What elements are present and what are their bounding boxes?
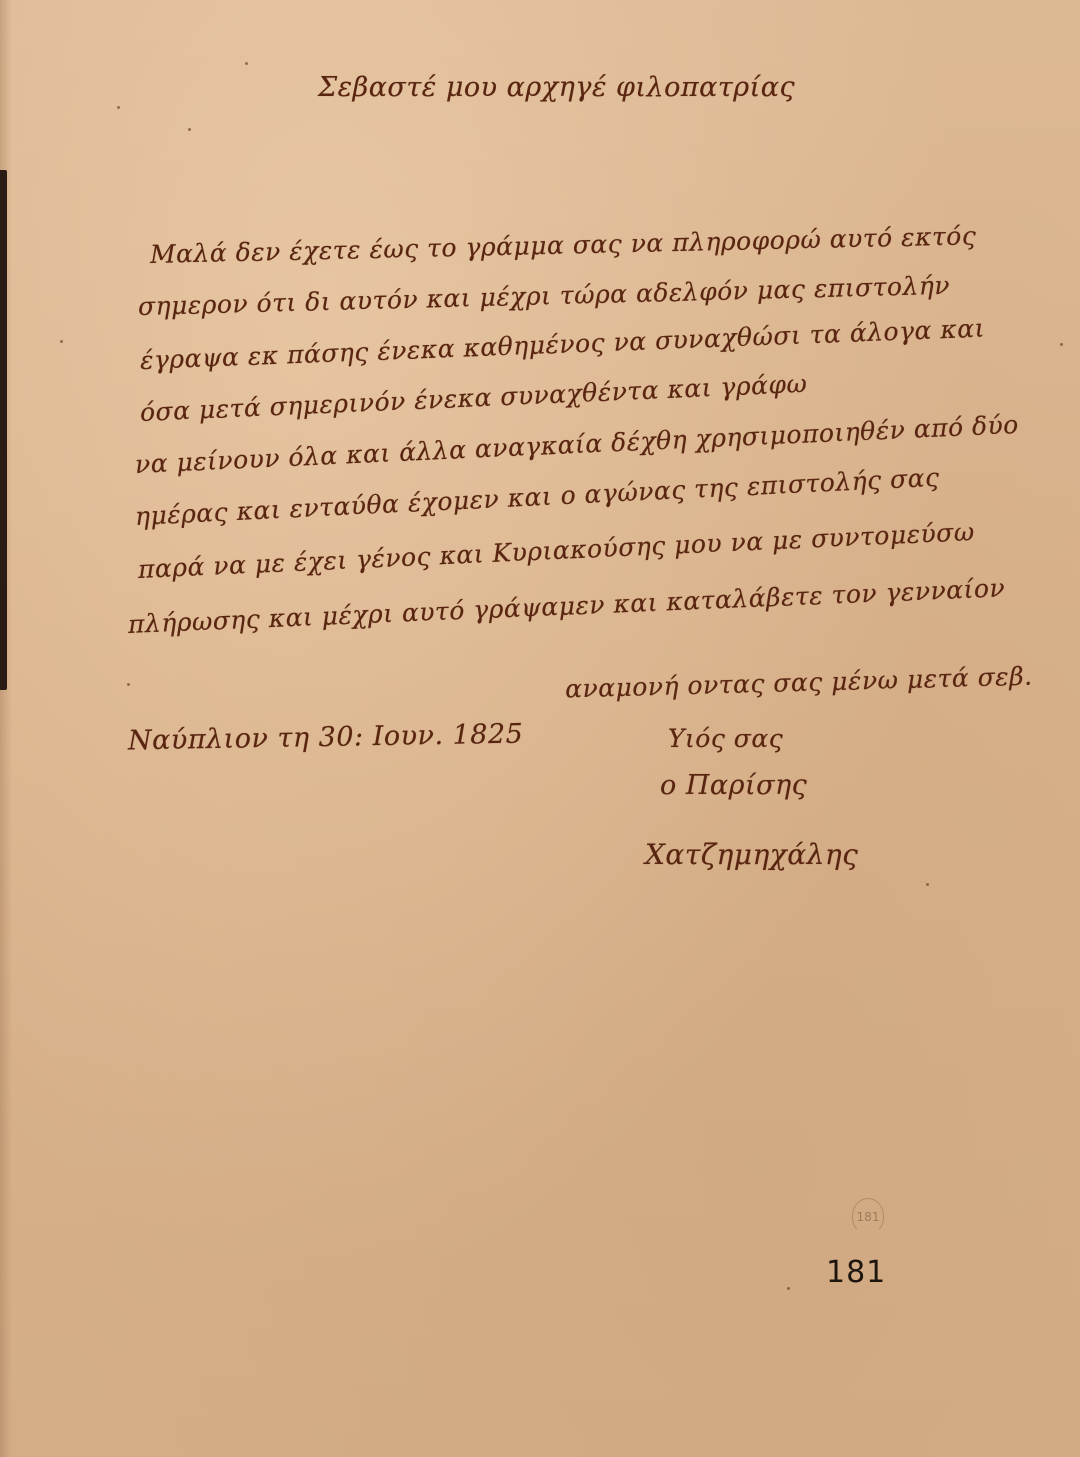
- binding-backing-strip: [0, 170, 7, 690]
- body-line-7: παρά να με έχει γένος και Κυριακούσης μο…: [137, 517, 975, 584]
- letter-page: Σεβαστέ μου αρχηγέ φιλοπατρίας Μαλά δεν …: [0, 0, 1080, 1457]
- signature-name: Χατζημηχάλης: [645, 838, 858, 871]
- signature-line-1: Υιός σας: [668, 724, 783, 753]
- paper-speck: [787, 1287, 790, 1290]
- body-line-4: όσα μετά σημερινόν ένεκα συναχθέντα και …: [139, 369, 808, 427]
- archive-stamp: 181: [852, 1198, 884, 1234]
- body-line-8: πλήρωσης και μέχρι αυτό γράψαμεν και κατ…: [127, 573, 1005, 639]
- page-number: 181: [826, 1255, 886, 1290]
- paper-speck: [245, 62, 248, 65]
- salutation: Σεβαστέ μου αρχηγέ φιλοπατρίας: [318, 72, 795, 103]
- paper-speck: [926, 883, 929, 886]
- body-line-3: έγραψα εκ πάσης ένεκα καθημένος να συναχ…: [139, 314, 985, 375]
- body-line-1: Μαλά δεν έχετε έως το γράμμα σας να πληρ…: [150, 221, 977, 269]
- paper-speck: [127, 683, 130, 686]
- paper-speck: [117, 106, 120, 109]
- closing-line: αναμονή οντας σας μένω μετά σεβ.: [565, 661, 1033, 703]
- paper-speck: [60, 340, 63, 343]
- date-line: Ναύπλιον τη 30: Ιουν. 1825: [128, 719, 524, 757]
- body-line-2: σημερον ότι δι αυτόν και μέχρι τώρα αδελ…: [138, 271, 951, 321]
- signature-line-2: ο Παρίσης: [660, 770, 807, 801]
- paper-speck: [188, 128, 191, 131]
- paper-speck: [1060, 343, 1063, 346]
